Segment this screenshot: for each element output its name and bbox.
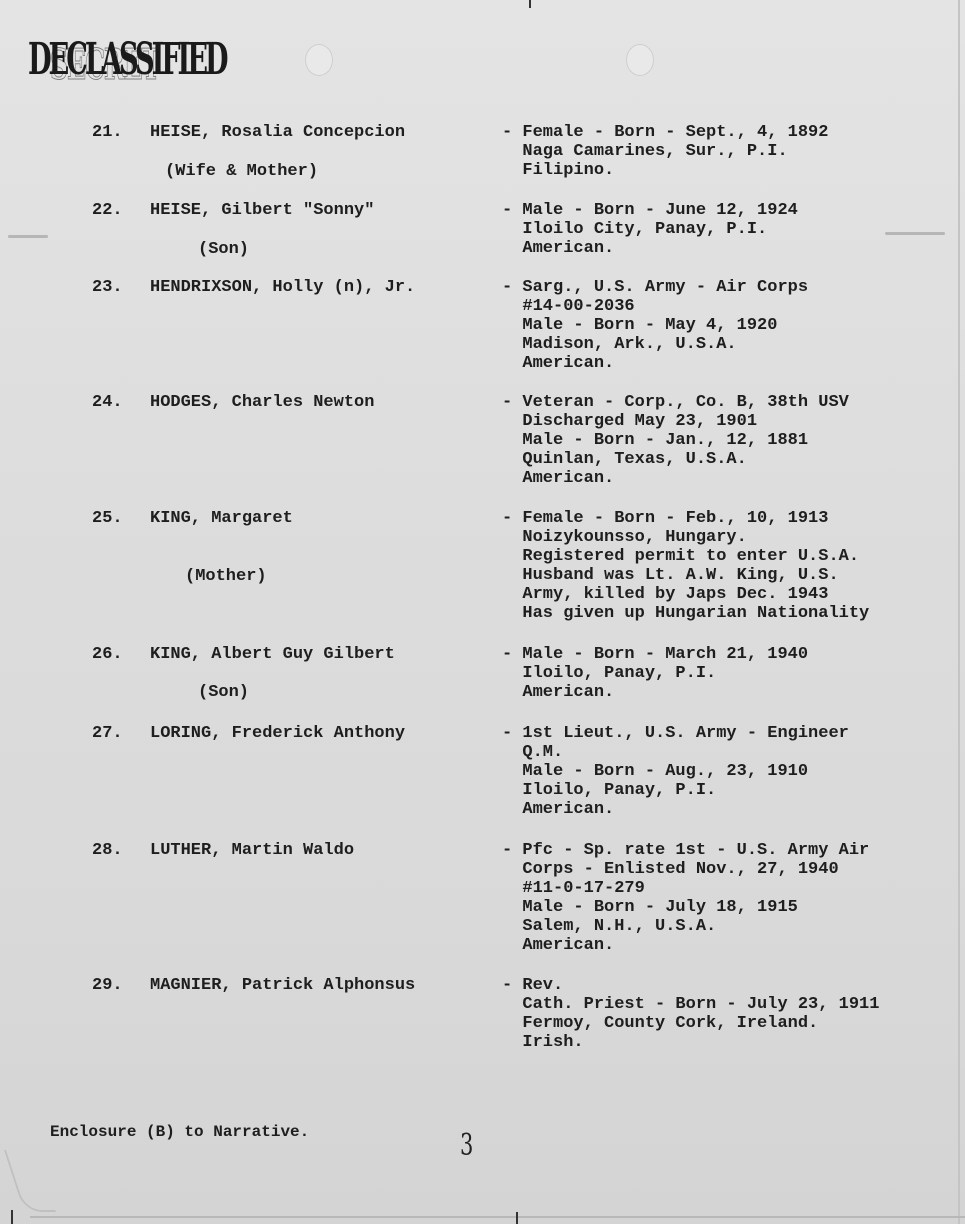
smudge-mark bbox=[8, 235, 48, 238]
entry-name: MAGNIER, Patrick Alphonsus bbox=[150, 976, 415, 995]
entry-relation: (Mother) bbox=[185, 567, 267, 586]
entry-name: HENDRIXSON, Holly (n), Jr. bbox=[150, 278, 415, 297]
declassified-stamp: DECLASSIFIED bbox=[28, 38, 225, 82]
entry-relation: (Son) bbox=[198, 240, 249, 259]
entry-number: 24. bbox=[92, 393, 123, 412]
entry-number: 26. bbox=[92, 645, 123, 664]
entry-name: LUTHER, Martin Waldo bbox=[150, 841, 354, 860]
entry-number: 23. bbox=[92, 278, 123, 297]
paper-edge bbox=[30, 1216, 965, 1218]
scan-mark bbox=[11, 1210, 13, 1224]
entry-number: 28. bbox=[92, 841, 123, 860]
folded-corner bbox=[4, 1150, 56, 1212]
entry-name: HEISE, Rosalia Concepcion bbox=[150, 123, 405, 142]
entry-details: - Female - Born - Feb., 10, 1913 Noizyko… bbox=[502, 509, 869, 623]
entry-name: KING, Margaret bbox=[150, 509, 293, 528]
smudge-mark bbox=[885, 232, 945, 235]
entry-name: HODGES, Charles Newton bbox=[150, 393, 374, 412]
entry-name: KING, Albert Guy Gilbert bbox=[150, 645, 395, 664]
scan-mark bbox=[516, 1212, 518, 1224]
entry-details: - Male - Born - June 12, 1924 Iloilo Cit… bbox=[502, 201, 798, 258]
paper-edge bbox=[958, 0, 960, 1224]
entry-number: 21. bbox=[92, 123, 123, 142]
punch-hole bbox=[305, 44, 333, 76]
entry-details: - Pfc - Sp. rate 1st - U.S. Army Air Cor… bbox=[502, 841, 869, 955]
entry-name: HEISE, Gilbert "Sonny" bbox=[150, 201, 374, 220]
entry-number: 27. bbox=[92, 724, 123, 743]
entry-details: - Rev. Cath. Priest - Born - July 23, 19… bbox=[502, 976, 879, 1052]
entry-relation: (Wife & Mother) bbox=[165, 162, 318, 181]
entry-number: 22. bbox=[92, 201, 123, 220]
entry-details: - Sarg., U.S. Army - Air Corps #14-00-20… bbox=[502, 278, 808, 373]
punch-hole bbox=[626, 44, 654, 76]
entry-number: 29. bbox=[92, 976, 123, 995]
document-page: SECRET DECLASSIFIED 21. HEISE, Rosalia C… bbox=[0, 0, 965, 1224]
entry-name: LORING, Frederick Anthony bbox=[150, 724, 405, 743]
page-number: 3 bbox=[460, 1128, 473, 1163]
entry-relation: (Son) bbox=[198, 683, 249, 702]
enclosure-footer: Enclosure (B) to Narrative. bbox=[50, 1123, 309, 1142]
entry-number: 25. bbox=[92, 509, 123, 528]
entry-details: - Male - Born - March 21, 1940 Iloilo, P… bbox=[502, 645, 808, 702]
entry-details: - Veteran - Corp., Co. B, 38th USV Disch… bbox=[502, 393, 849, 488]
entry-details: - Female - Born - Sept., 4, 1892 Naga Ca… bbox=[502, 123, 828, 180]
entry-details: - 1st Lieut., U.S. Army - Engineer Q.M. … bbox=[502, 724, 849, 819]
scan-mark bbox=[529, 0, 531, 8]
